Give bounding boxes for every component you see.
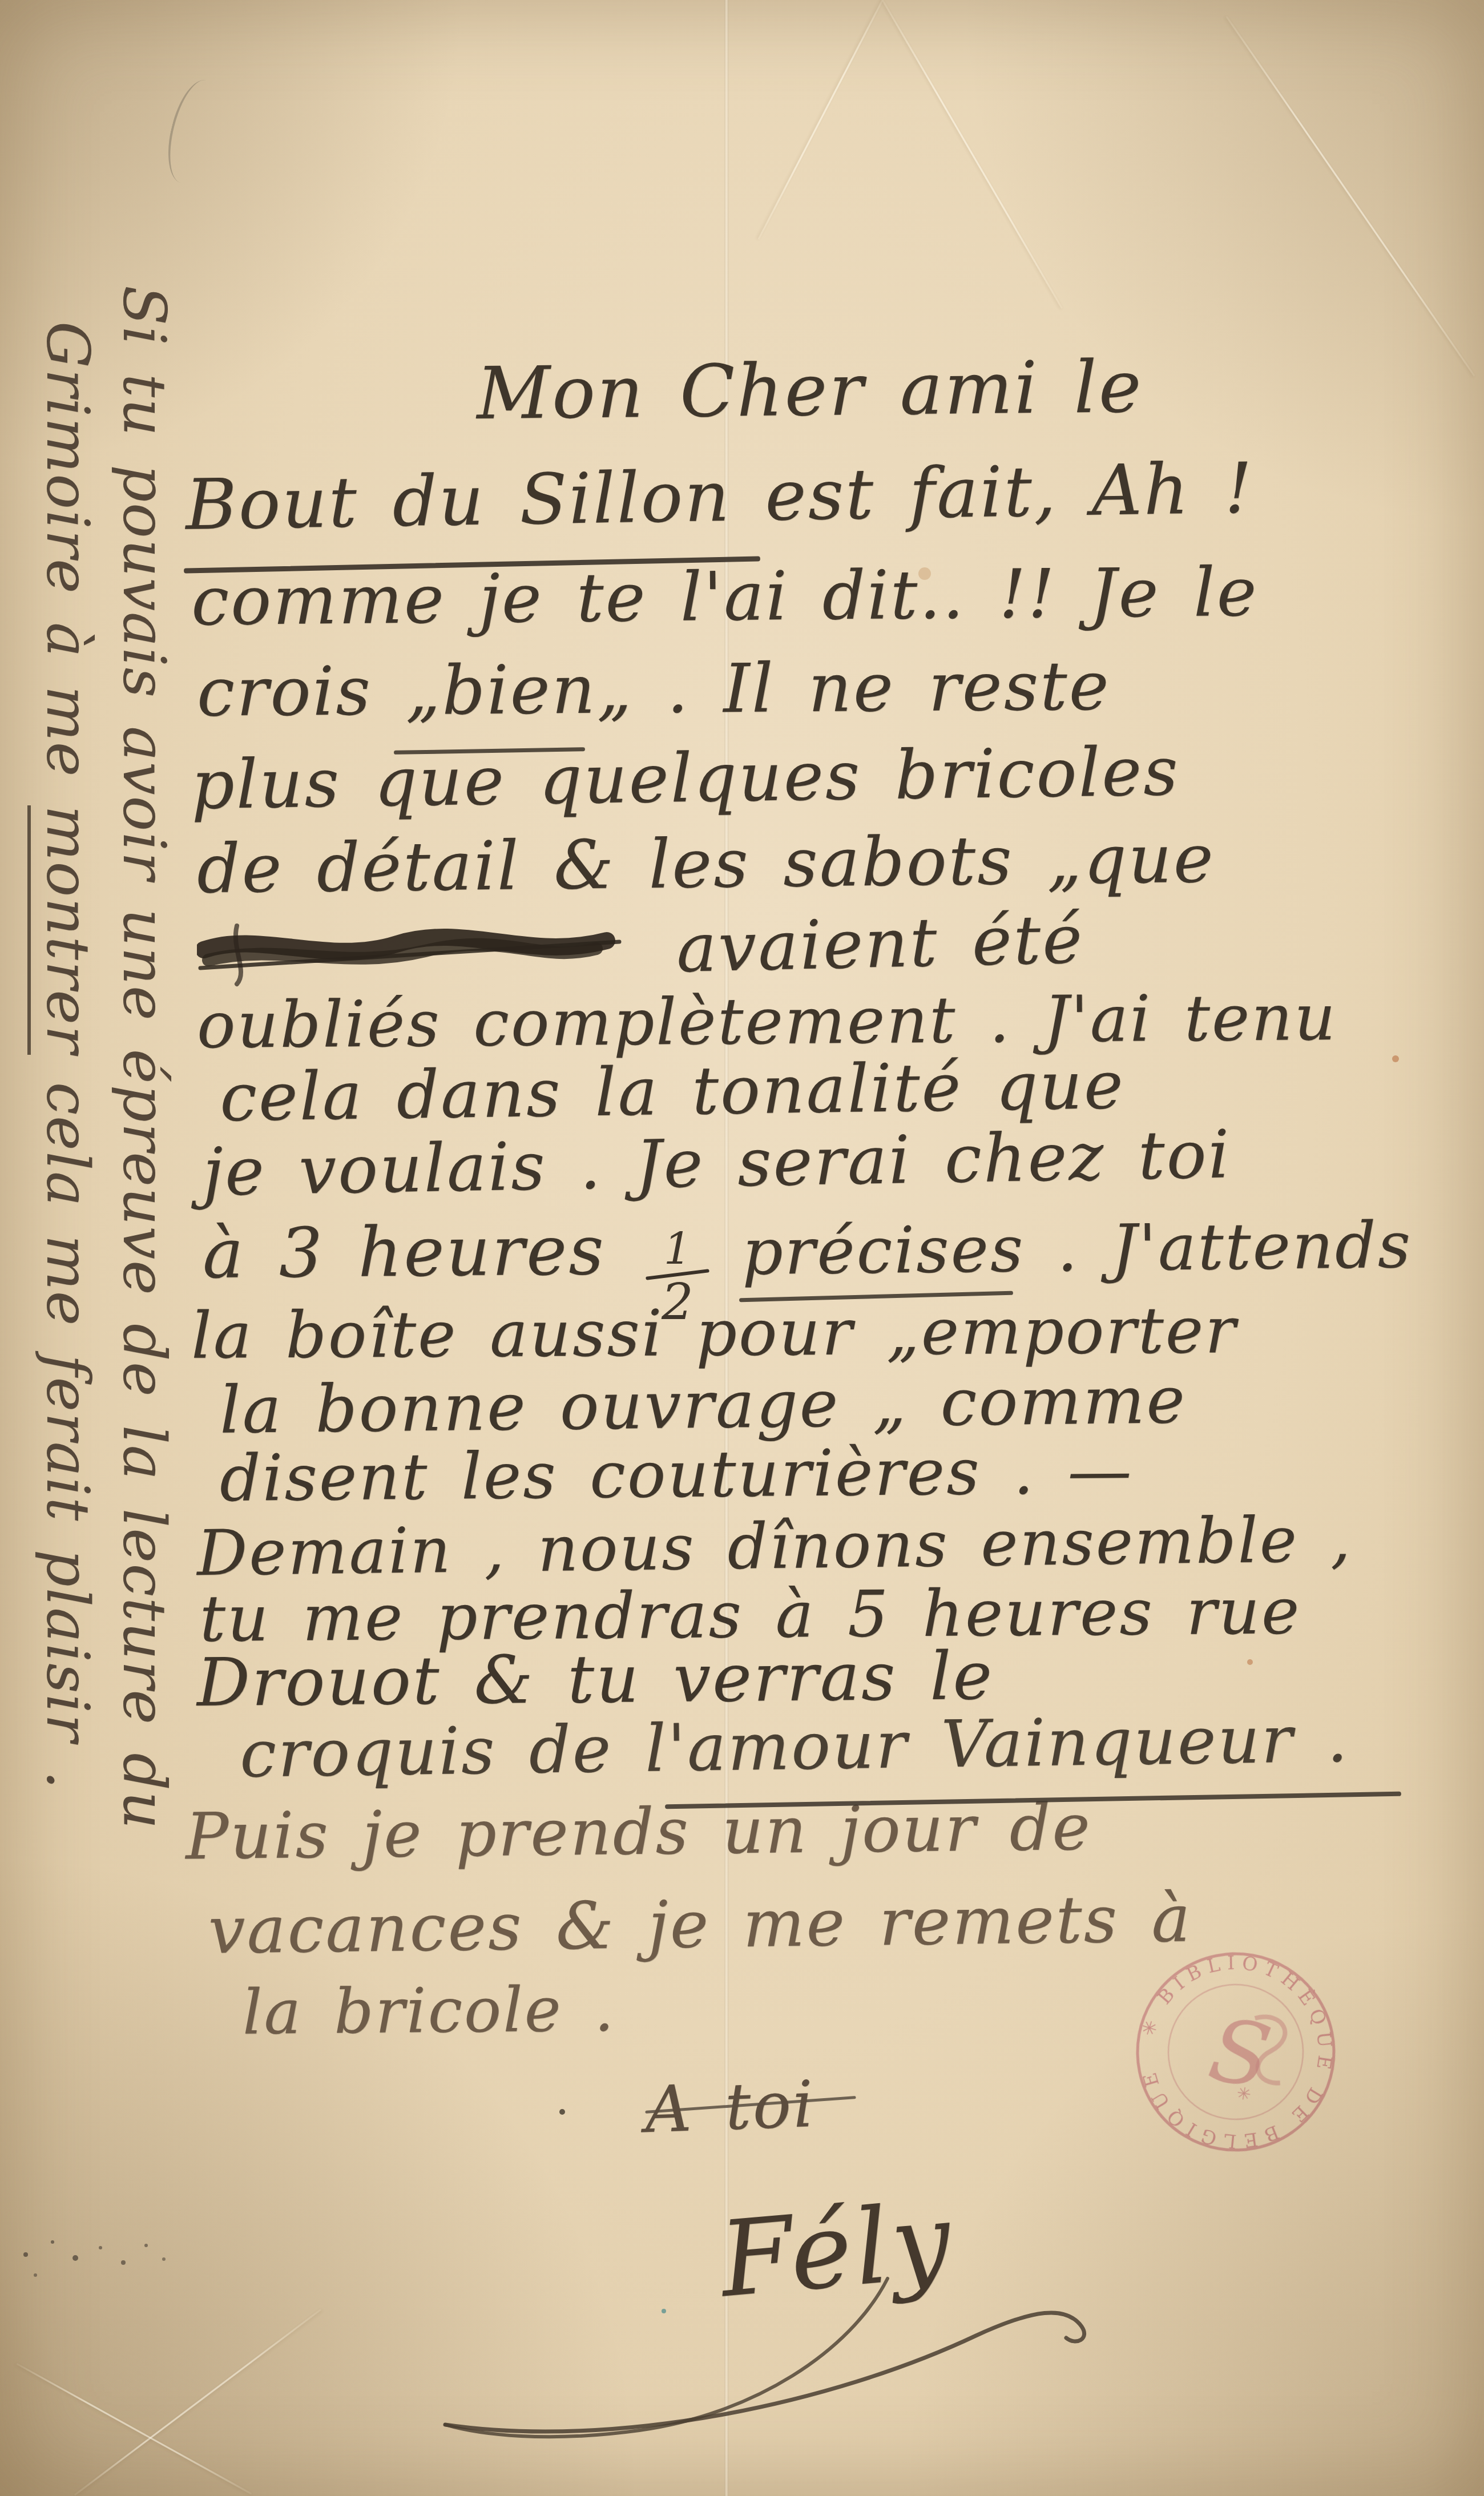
ink-speck [99,2246,102,2249]
letter-line: avaient été [676,901,1085,987]
ink-speck [144,2244,148,2247]
letter-line: croquis de l'amour Vainqueur . [239,1701,1350,1791]
fold-crease [758,0,884,240]
fraction-one-half: 1 2 [640,1227,715,1328]
letter-line: vacances & je me remets à [208,1881,1192,1967]
ink-speck [662,2309,666,2313]
letter-line: oubliés complètement . J'ai tenu [197,981,1337,1063]
underlined-word: montrer [27,805,101,1055]
letter-line: la bricole . [242,1974,615,2049]
fraction-numerator: 1 [640,1227,715,1271]
ink-speck [34,2273,37,2277]
closing-salutation: A toi [644,2068,816,2147]
letter-line: Bout du Sillon est fait, Ah ! [185,448,1255,545]
margin-note: Si tu pouvais avoir une épreuve de la le… [26,254,182,2366]
ink-speck [559,2109,565,2115]
ink-speck [918,567,931,580]
ink-speck [23,2252,28,2257]
fold-crease [1226,16,1475,376]
scribbled-out-word [197,909,631,989]
letter-line: à 3 heures [202,1212,606,1294]
ink-speck [121,2260,126,2265]
letter-line: disent les couturières . — [219,1434,1133,1516]
signature-flourish [400,2226,1142,2466]
letter-line: je voulais . Je serai chez toi [202,1116,1232,1211]
fraction-denominator: 2 [640,1277,715,1328]
letter-line: plus que quelques bricoles [191,733,1180,824]
letter-line: de détail & les sabots „que [196,820,1215,908]
ink-speck [51,2240,54,2244]
letter-line: crois „bien„ . Il ne reste [197,647,1111,731]
fold-crease [882,0,1062,309]
letter-line: Mon Cher ami le [476,346,1143,436]
library-stamp: ✳ BIBLIOTHÈQUE DE BELGIQUE S ✳ [1115,1932,1356,2172]
ink-speck [1247,1659,1253,1665]
ink-speck [162,2257,166,2261]
fold-crease [17,2363,252,2494]
margin-note-line2: Grimoire à me montrer cela me ferait pla… [29,254,105,2366]
letter-page: Si tu pouvais avoir une épreuve de la le… [0,0,1484,2496]
letter-line: précises . J'attends [741,1209,1412,1289]
pencil-mark [159,75,228,188]
ink-speck [1392,1055,1399,1062]
ink-speck [72,2255,78,2261]
margin-note-line1: Si tu pouvais avoir une épreuve de la le… [105,254,182,2366]
